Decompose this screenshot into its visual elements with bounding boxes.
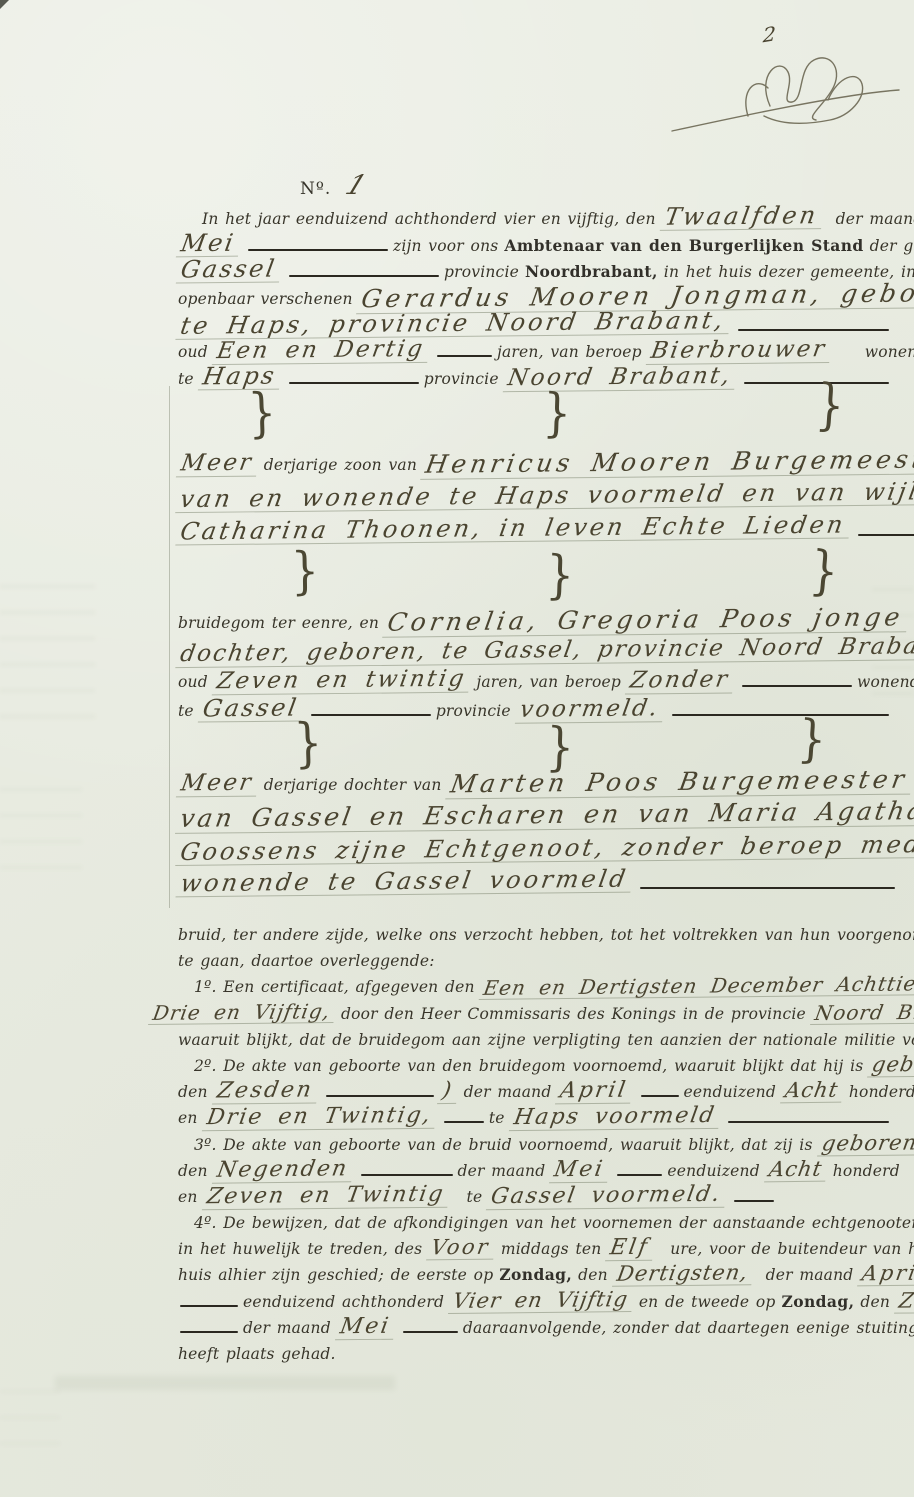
handwritten-entry: Elf	[605, 1237, 656, 1262]
brace-mark: }	[545, 722, 575, 775]
form-line: Meizijn voor onsAmbtenaar van den Burger…	[178, 229, 894, 256]
form-line: oudEen en Dertigjaren, van beroepBierbro…	[178, 335, 894, 362]
bleedthrough-smudge	[0, 585, 95, 720]
form-line: eenduizend achthonderdVier en Vijftigen …	[178, 1285, 894, 1311]
spacer	[178, 1149, 194, 1150]
brace-mark: }	[808, 544, 840, 599]
ink-rule-line	[311, 714, 431, 716]
void-braces-row: } } }	[178, 550, 894, 606]
handwritten-entry: Acht	[764, 1158, 829, 1182]
handwritten-entry: Vier en Vijftig	[448, 1289, 635, 1314]
printed-text: eenduizend achthonderd	[243, 1293, 444, 1311]
form-line: denNegendender maandMeieenduizendAchthon…	[178, 1154, 894, 1180]
handwritten-entry: Meer	[176, 772, 260, 798]
handwritten-entry: Dertigsten,	[612, 1263, 755, 1288]
paragraph-documents: bruid, ter andere zijde, welke ons verzo…	[178, 918, 894, 1363]
form-line: in het huwelijk te treden, desVoormiddag…	[178, 1232, 894, 1258]
handwritten-entry: geboren	[867, 1053, 914, 1077]
handwritten-entry: Zeven en Twintig	[201, 1184, 450, 1211]
ink-rule-line	[289, 275, 439, 277]
handwritten-entry: Voor	[426, 1237, 497, 1261]
form-line: wonende te Gassel voormeld	[178, 867, 894, 900]
form-line: Meerderjarige dochter vanMarten Poos Bur…	[178, 768, 894, 801]
handwritten-entry: Bierbrouwer	[645, 338, 833, 365]
printed-text: wonende	[857, 673, 914, 691]
form-line: der maandMeidaaraanvolgende, zonder dat …	[178, 1311, 894, 1337]
spacer	[660, 1253, 670, 1254]
brace-mark: }	[293, 717, 323, 771]
printed-text: bruid, ter andere zijde, welke ons verzo…	[178, 926, 914, 944]
ink-rule-line	[640, 887, 895, 889]
form-line: bruid, ter andere zijde, welke ons verzo…	[178, 918, 894, 944]
handwritten-entry: geboren	[817, 1132, 914, 1156]
handwritten-entry: Noord Brabant,	[502, 365, 738, 393]
printed-text: den	[860, 1293, 890, 1311]
printed-text: provincie	[444, 263, 519, 281]
printed-text: bruidegom ter eenre, en	[178, 614, 379, 632]
printed-text: honderd	[849, 1083, 914, 1101]
form-line: In het jaar eenduizend achthonderd vier …	[178, 202, 894, 229]
handwritten-entry: van Gassel en Escharen en van Maria Agat…	[175, 798, 914, 833]
handwritten-entry: voormeld.	[515, 697, 666, 724]
bleedthrough-smudge	[0, 1390, 60, 1465]
printed-text: der maand	[243, 1319, 331, 1337]
form-line: bruidegom ter eenre, enCornelia, Gregori…	[178, 606, 894, 635]
printed-text-emphasis: Zondag,	[499, 1265, 572, 1284]
ink-rule-line	[742, 685, 852, 687]
paragraph-groom: In het jaar eenduizend achthonderd vier …	[178, 202, 894, 389]
form-line: 3º. De akte van geboorte van de bruid vo…	[178, 1128, 894, 1154]
spacer	[455, 1201, 467, 1202]
brace-mark: }	[796, 714, 827, 766]
form-line: waaruit blijkt, dat de bruidegom aan zij…	[178, 1023, 894, 1049]
ink-rule-line	[403, 1331, 458, 1333]
brace-mark: }	[545, 550, 575, 603]
printed-text: In het jaar eenduizend achthonderd vier …	[202, 210, 656, 228]
act-number-label: Nº.	[300, 179, 331, 199]
form-line: oudZeven en twintigjaren, van beroepZond…	[178, 665, 894, 694]
act-number: Nº. 1	[300, 172, 372, 201]
ink-rule-line	[858, 534, 914, 536]
printed-text: zijn voor ons	[393, 237, 498, 255]
printed-text: der maand	[836, 210, 914, 228]
printed-text: jaren, van beroep	[476, 673, 621, 691]
margin-rule	[169, 386, 170, 908]
printed-text: wonende	[865, 343, 914, 361]
handwritten-entry: wonende te Gassel voormeld	[175, 867, 635, 898]
printed-text: te	[178, 370, 194, 388]
handwritten-entry: Zonder	[625, 668, 736, 695]
handwritten-entry: Drie en Twintig,	[201, 1105, 438, 1132]
printed-text: te	[467, 1188, 483, 1206]
form-line: GasselprovincieNoordbrabant,in het huis …	[178, 255, 894, 282]
handwritten-entry: Goossens zijne Echtgenoot, zonder beroep…	[175, 832, 914, 866]
ink-rule-line	[437, 355, 492, 357]
printed-text: derjarige dochter van	[264, 776, 442, 794]
ink-rule-line	[180, 1305, 238, 1307]
monogram-paraph-icon	[652, 46, 908, 138]
printed-text: heeft plaats gehad.	[178, 1345, 336, 1363]
form-line: Goossens zijne Echtgenoot, zonder beroep…	[178, 834, 894, 867]
printed-text: en	[178, 1188, 198, 1206]
handwritten-entry: Gassel	[176, 257, 284, 285]
printed-text: in het huwelijk te treden, des	[178, 1240, 422, 1258]
printed-text: eenduizend	[684, 1083, 776, 1101]
printed-text-emphasis: Noordbrabant,	[525, 262, 658, 281]
bleedthrough-smudge	[0, 788, 82, 883]
ink-rule-line	[289, 382, 419, 384]
printed-text: 2º. De akte van geboorte van den bruideg…	[194, 1057, 863, 1075]
act-number-value: 1	[339, 172, 378, 201]
printed-text: der maand	[458, 1162, 546, 1180]
printed-text: den	[178, 1083, 208, 1101]
printed-text: jaren, van beroep	[497, 343, 642, 361]
form-line: openbaar verschenenGerardus Mooren Jongm…	[178, 282, 894, 309]
printed-text: honderd	[833, 1162, 900, 1180]
printed-text: waaruit blijkt, dat de bruidegom aan zij…	[178, 1031, 914, 1049]
form-line: te gaan, daartoe overleggende:	[178, 944, 894, 970]
printed-text: middags ten	[501, 1240, 602, 1258]
void-braces-row: } } }	[178, 392, 894, 448]
handwritten-entry: Gassel voormeld.	[486, 1184, 728, 1211]
spacer	[837, 356, 865, 357]
printed-text: eenduizend	[667, 1162, 759, 1180]
printed-text: der maand	[464, 1083, 552, 1101]
printed-text: openbaar verschenen	[178, 290, 353, 308]
printed-text: der gemeente	[870, 237, 914, 255]
handwritten-entry: Twaalfden	[659, 203, 825, 231]
document-sheet: 2 Nº. 1 In het jaar eenduizend achthonde…	[0, 0, 914, 1497]
form-line: teHapsprovincieNoord Brabant,	[178, 362, 894, 389]
brace-mark: }	[814, 378, 846, 435]
ink-rule-line	[444, 1121, 484, 1123]
brace-mark: }	[247, 387, 277, 441]
handwritten-entry: van en wonende te Haps voormeld en van w…	[175, 479, 914, 514]
form-line: huis alhier zijn geschied; de eerste opZ…	[178, 1258, 894, 1284]
handwritten-entry: )	[437, 1080, 460, 1105]
paragraph-bride-parents: Meerderjarige dochter vanMarten Poos Bur…	[178, 768, 894, 900]
ink-rule-line	[180, 1331, 238, 1333]
form-line: 1º. Een certificaat, afgegeven denEen en…	[178, 970, 894, 996]
printed-text: ure, voor de buitendeur van het gemeente…	[670, 1240, 914, 1258]
form-line: enDrie en Twintig,teHaps voormeld	[178, 1101, 894, 1127]
spacer	[178, 1227, 194, 1228]
printed-text: den	[578, 1266, 608, 1284]
form-line: 2º. De akte van geboorte van den bruideg…	[178, 1049, 894, 1075]
printed-text: derjarige zoon van	[264, 456, 417, 474]
bleedthrough-smudge	[55, 1376, 395, 1390]
printed-text: oud	[178, 343, 208, 361]
handwritten-entry: te Haps, provincie Noord Brabant,	[175, 308, 732, 340]
printed-text: te	[178, 702, 194, 720]
handwritten-entry: Haps voormeld	[508, 1105, 722, 1132]
form-line: dochter, geboren, te Gassel, provincie N…	[178, 635, 894, 664]
printed-text: 3º. De akte van geboorte van de bruid vo…	[194, 1136, 813, 1154]
form-line: enZeven en TwintigteGassel voormeld.	[178, 1180, 894, 1206]
printed-text: te	[489, 1109, 505, 1127]
form-line: van en wonende te Haps voormeld en van w…	[178, 481, 894, 514]
printed-text: der maand	[766, 1266, 854, 1284]
ink-rule-line	[326, 1095, 434, 1097]
printed-text: en	[178, 1109, 198, 1127]
ink-rule-line	[248, 249, 388, 251]
brace-mark: }	[542, 388, 572, 441]
printed-text: den	[178, 1162, 208, 1180]
handwritten-entry: Henricus Mooren Burgemeester	[420, 446, 914, 479]
form-line: Drie en Vijftig,door den Heer Commissari…	[150, 997, 894, 1023]
form-line: teGasselprovincievoormeld.	[178, 694, 894, 723]
sheet-page-number: 2	[759, 22, 784, 47]
printed-text: huis alhier zijn geschied; de eerste op	[178, 1266, 493, 1284]
form-line: van Gassel en Escharen en van Maria Agat…	[178, 801, 894, 834]
printed-text: 4º. De bewijzen, dat de afkondigingen va…	[194, 1214, 914, 1232]
spacer	[178, 991, 194, 992]
handwritten-entry: Mei	[176, 230, 242, 257]
spacer	[178, 1070, 194, 1071]
printed-text: oud	[178, 673, 208, 691]
handwritten-entry: Meer	[176, 452, 260, 478]
ink-rule-line	[641, 1095, 679, 1097]
printed-text: 1º. Een certificaat, afgegeven den	[194, 978, 475, 996]
ink-rule-line	[672, 714, 889, 716]
paragraph-groom-parents: Meerderjarige zoon vanHenricus Mooren Bu…	[178, 448, 894, 547]
printed-text: provincie	[436, 702, 511, 720]
printed-text-emphasis: Zondag,	[782, 1292, 855, 1311]
ink-rule-line	[734, 1200, 774, 1202]
printed-text: daaraanvolgende, zonder dat daartegen ee…	[463, 1319, 914, 1337]
scan-corner-mark	[0, 0, 9, 9]
form-line: Meerderjarige zoon vanHenricus Mooren Bu…	[178, 448, 894, 481]
handwritten-entry: Een en Dertigsten December Achttien Hond…	[478, 972, 914, 1000]
handwritten-entry: Negenden	[212, 1158, 355, 1184]
printed-text: door den Heer Commissaris des Konings in…	[341, 1005, 806, 1023]
ink-rule-line	[728, 1121, 889, 1123]
handwritten-entry: Gassel	[198, 695, 306, 723]
ink-rule-line	[738, 329, 889, 331]
handwritten-entry: Acht	[780, 1080, 845, 1104]
printed-text: te gaan, daartoe overleggende:	[178, 952, 435, 970]
ink-rule-line	[617, 1174, 662, 1176]
handwritten-entry: Noord Brabant,	[810, 1001, 914, 1025]
printed-text-emphasis: Ambtenaar van den Burgerlijken Stand	[504, 236, 863, 255]
handwritten-entry: April	[857, 1263, 914, 1287]
form-line: heeft plaats gehad.	[178, 1337, 894, 1363]
handwritten-entry: April	[555, 1080, 634, 1105]
handwritten-entry: Drie en Vijftig,	[148, 1001, 337, 1025]
form-line: te Haps, provincie Noord Brabant,	[178, 309, 894, 336]
spacer	[178, 223, 202, 224]
handwritten-entry: Marten Poos Burgemeester	[445, 767, 914, 799]
paragraph-bride: bruidegom ter eenre, enCornelia, Gregori…	[178, 606, 894, 723]
form-line: denZesden)der maandAprileenduizendAchtho…	[178, 1075, 894, 1101]
ink-rule-line	[361, 1174, 453, 1176]
printed-text: provincie	[424, 370, 499, 388]
handwritten-entry: Cornelia, Gregoria Poos jonge	[382, 604, 910, 637]
handwritten-entry: Zeven en twintig	[212, 667, 473, 695]
printed-text: en de tweede op	[639, 1293, 776, 1311]
brace-mark: }	[291, 546, 320, 597]
handwritten-entry: Mei	[549, 1158, 611, 1183]
form-line: Catharina Thoonen, in leven Echte Lieden	[178, 514, 894, 547]
handwritten-entry: Catharina Thoonen, in leven Echte Lieden	[175, 512, 852, 546]
handwritten-entry: Mei	[335, 1316, 397, 1341]
handwritten-entry: Zevenden,	[894, 1289, 914, 1314]
handwritten-entry: Zesden	[212, 1080, 320, 1106]
